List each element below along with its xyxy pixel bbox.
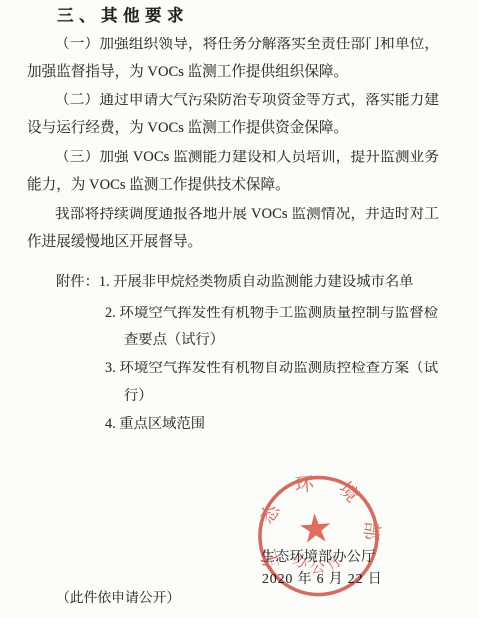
svg-text:办公厅: 办公厅	[289, 547, 353, 578]
paragraph-line: （三）加强 VOCs 监测能力建设和人员培训，提升监测业务	[55, 150, 439, 167]
paragraph-line: 设与运行经费，为 VOCs 监测工作提供资金保障。	[27, 121, 348, 136]
section-heading: 三、其他要求	[57, 8, 189, 25]
paragraph-line: 我部将持续调度通报各地开展 VOCs 监测情况，并适时对工	[55, 207, 439, 224]
paragraph-line: （一）加强组织领导，将任务分解落实至责任部门和单位，	[55, 37, 439, 54]
attachment-line: 2. 环境空气挥发性有机物手工监测质量控制与监督检	[105, 306, 438, 323]
attachment-line: 附件：1. 开展非甲烷烃类物质自动监测能力建设城市名单	[56, 275, 413, 289]
seal-star-icon	[299, 512, 331, 543]
disclosure-note: （此件依申请公开）	[56, 591, 180, 605]
paragraph-line: 作进展缓慢地区开展督导。	[27, 235, 202, 250]
attachment-line: 行）	[124, 389, 153, 403]
seal-bottom-text: 办公厅	[289, 547, 353, 578]
attachment-line: 4. 重点区域范围	[105, 417, 205, 431]
svg-text:生态环境部: 生态环境部	[251, 470, 386, 571]
attachment-line: 3. 环境空气挥发性有机物自动监测质控检查方案（试	[105, 361, 438, 378]
paragraph-line: 能力，为 VOCs 监测工作提供技术保障。	[27, 178, 290, 193]
attachment-line: 查要点（试行）	[124, 333, 224, 347]
paragraph-line: 加强监督指导，为 VOCs 监测工作提供组织保障。	[27, 65, 348, 80]
document-page: 三、其他要求 （一）加强组织领导，将任务分解落实至责任部门和单位， 加强监督指导…	[0, 0, 478, 618]
paragraph-line: （二）通过申请大气污染防治专项资金等方式，落实能力建	[55, 93, 439, 110]
official-seal: 生态环境部 办公厅	[251, 470, 387, 605]
seal-arc-text: 生态环境部	[251, 470, 386, 571]
